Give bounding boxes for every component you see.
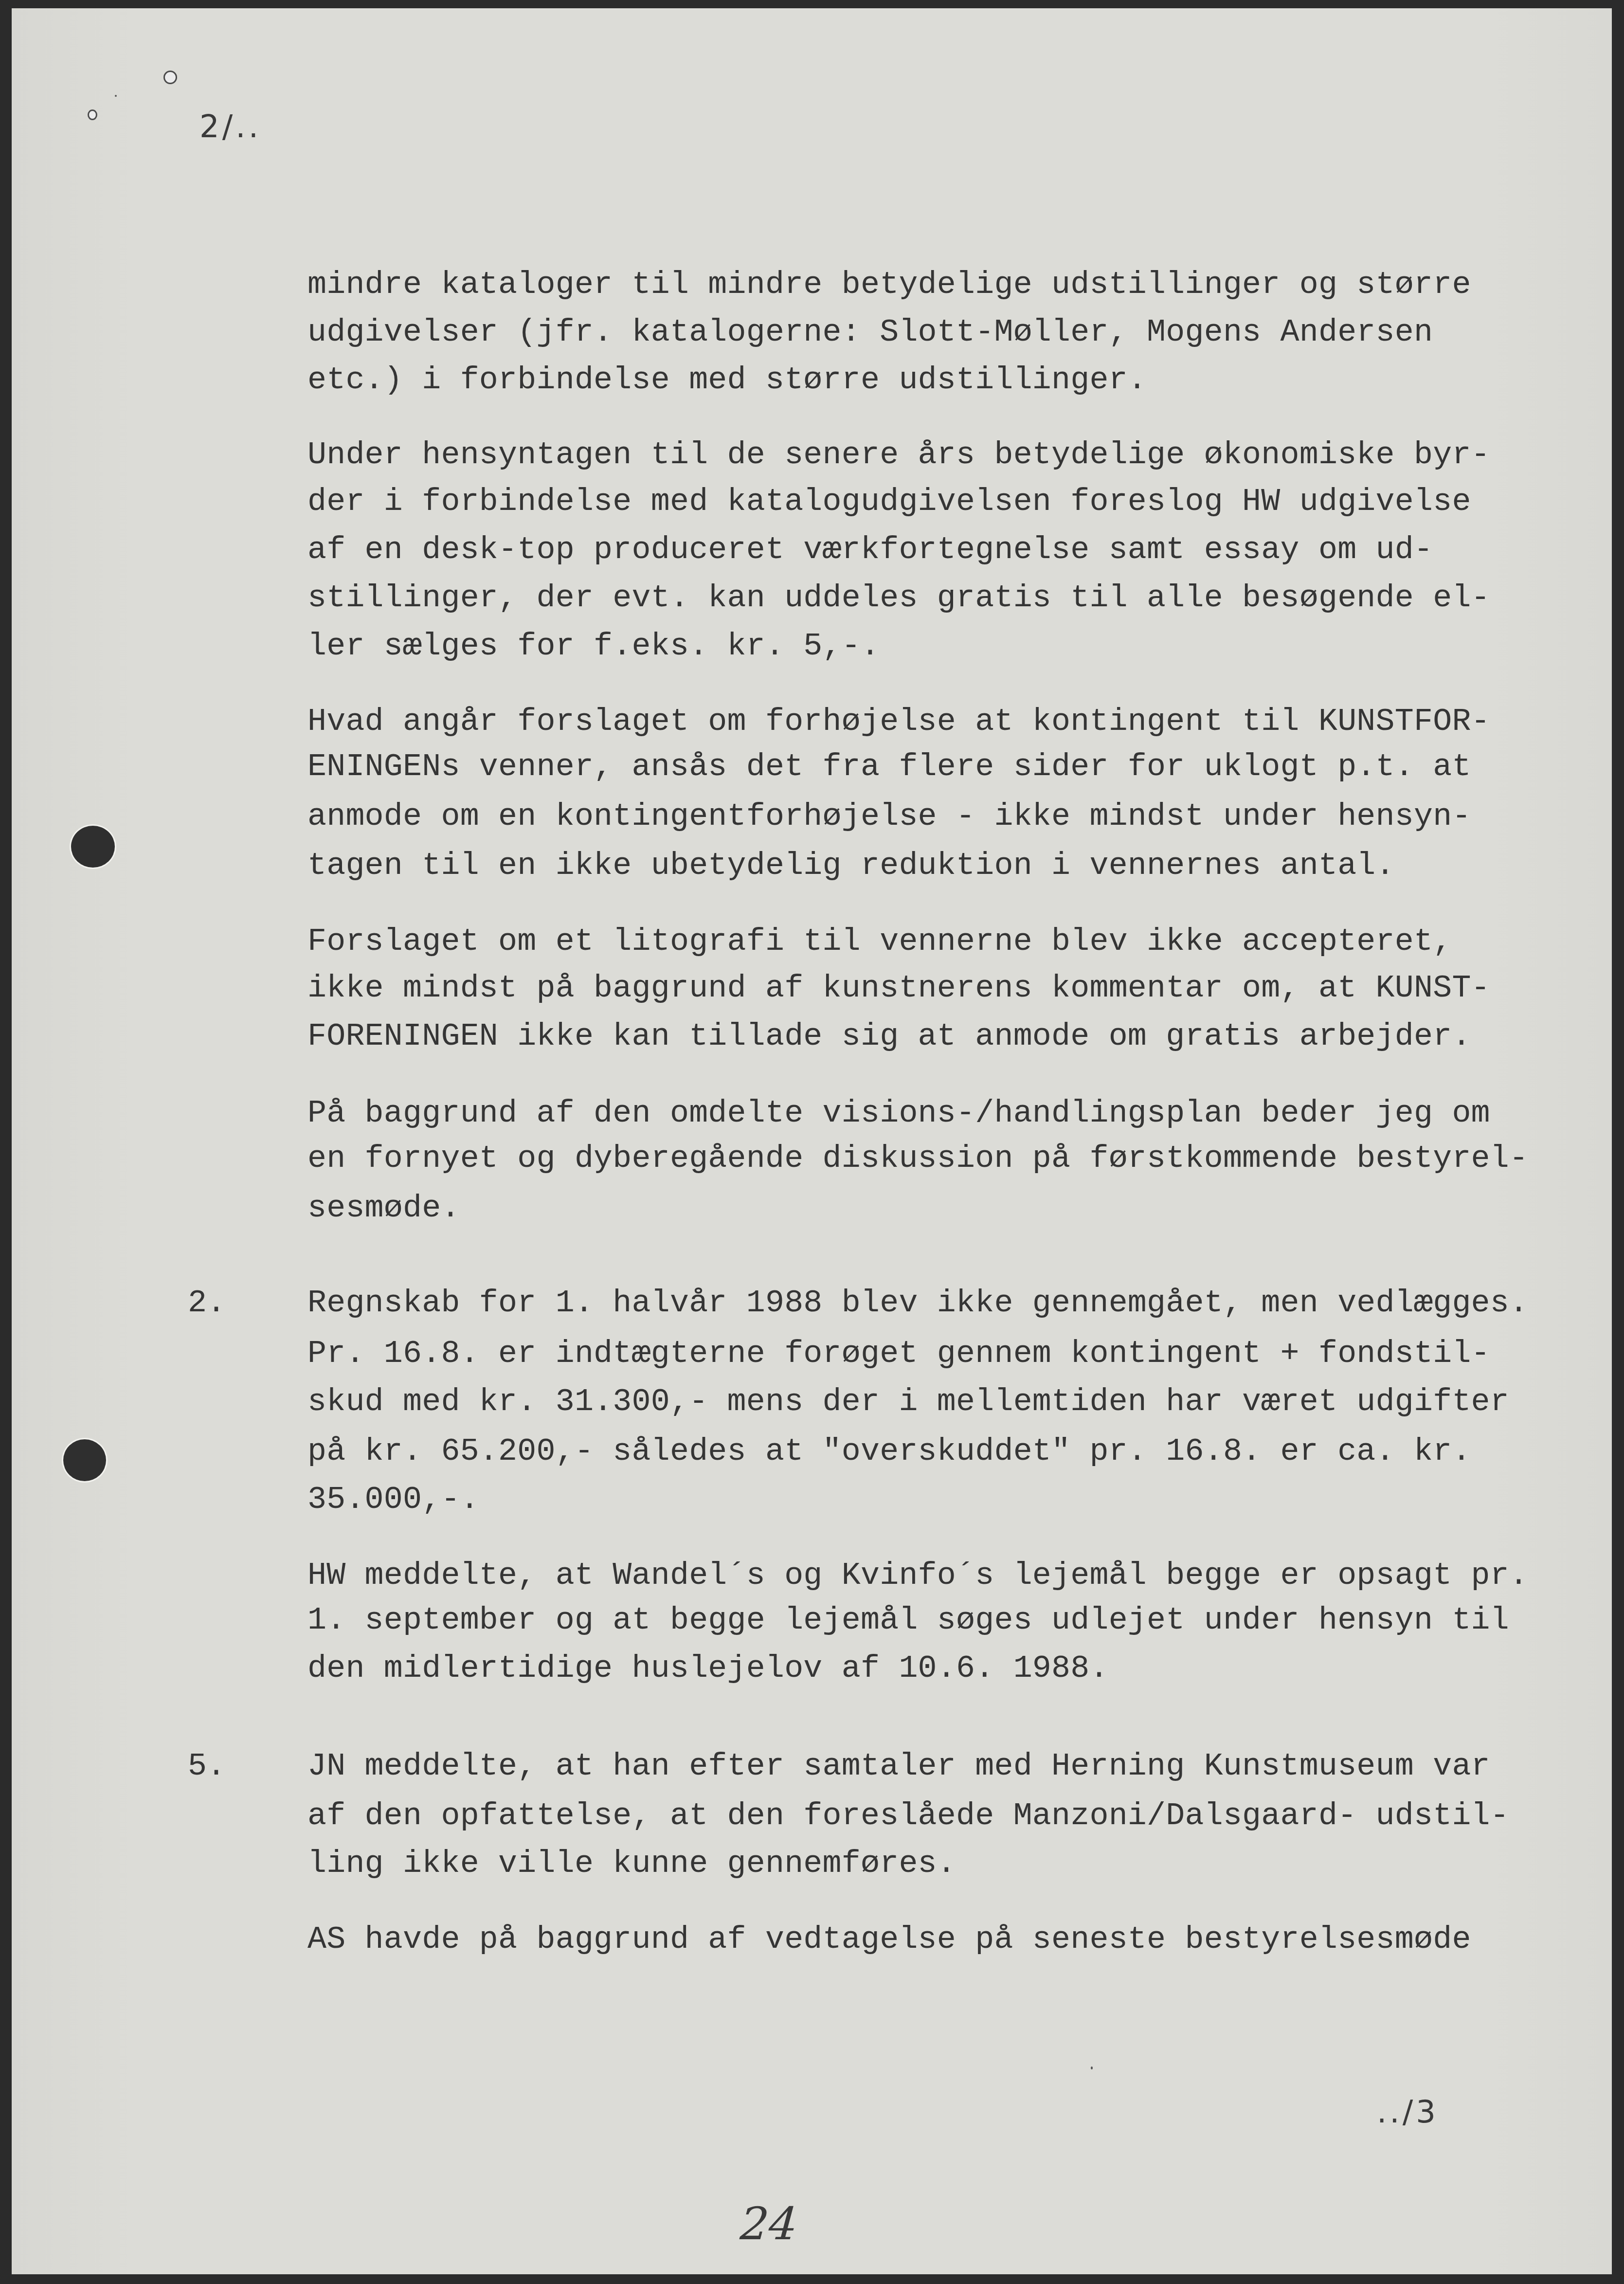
text-line: Regnskab for 1. halvår 1988 blev ikke ge…	[307, 1287, 1528, 1319]
text-line: FORENINGEN ikke kan tillade sig at anmod…	[307, 1021, 1471, 1052]
text-line: AS havde på baggrund af vedtagelse på se…	[307, 1924, 1471, 1956]
item-number: 2.	[188, 1287, 226, 1319]
text-line: mindre kataloger til mindre betydelige u…	[307, 269, 1471, 301]
continuation-mark: ../3	[1377, 2097, 1439, 2128]
text-line: 1. september og at begge lejemål søges u…	[307, 1605, 1509, 1636]
text-line: sesmøde.	[307, 1193, 460, 1224]
text-line: Under hensyntagen til de senere års bety…	[307, 439, 1490, 471]
text-line: Hvad angår forslaget om forhøjelse at ko…	[307, 706, 1490, 738]
speck-icon	[115, 95, 117, 97]
text-line: tagen til en ikke ubetydelig reduktion i…	[307, 850, 1395, 882]
text-line: Pr. 16.8. er indtægterne forøget gennem …	[307, 1338, 1490, 1370]
text-line: ler sælges for f.eks. kr. 5,-.	[307, 631, 880, 662]
text-line: På baggrund af den omdelte visions-/hand…	[307, 1098, 1490, 1129]
text-line: Forslaget om et litografi til vennerne b…	[307, 926, 1452, 958]
handwritten-page-number: 24	[739, 2202, 799, 2247]
item-number: 5.	[188, 1751, 226, 1782]
text-line: HW meddelte, at Wandel´s og Kvinfo´s lej…	[307, 1560, 1528, 1592]
text-line: ENINGENs venner, ansås det fra flere sid…	[307, 751, 1471, 783]
text-line: af en desk-top produceret værkfortegnels…	[307, 534, 1433, 566]
page-header-mark: 2/..	[199, 111, 261, 143]
punch-hole-icon	[71, 826, 115, 868]
staple-mark-icon	[88, 109, 97, 120]
staple-mark-icon	[163, 71, 177, 84]
punch-hole-icon	[63, 1439, 106, 1481]
text-line: ling ikke ville kunne gennemføres.	[307, 1848, 956, 1880]
text-line: stillinger, der evt. kan uddeles gratis …	[307, 582, 1490, 614]
text-line: på kr. 65.200,- således at "overskuddet"…	[307, 1436, 1471, 1468]
text-line: anmode om en kontingentforhøjelse - ikke…	[307, 801, 1471, 833]
speck-icon	[1091, 2066, 1093, 2069]
text-line: udgivelser (jfr. katalogerne: Slott-Møll…	[307, 317, 1433, 348]
text-line: 35.000,-.	[307, 1484, 479, 1516]
text-line: der i forbindelse med katalogudgivelsen …	[307, 486, 1471, 518]
text-line: skud med kr. 31.300,- mens der i mellemt…	[307, 1386, 1509, 1418]
text-line: etc.) i forbindelse med større udstillin…	[307, 364, 1147, 396]
text-line: JN meddelte, at han efter samtaler med H…	[307, 1751, 1490, 1782]
document-page: 2/.. mindre kataloger til mindre betydel…	[12, 8, 1612, 2274]
text-line: den midlertidige huslejelov af 10.6. 198…	[307, 1653, 1109, 1685]
text-line: ikke mindst på baggrund af kunstnerens k…	[307, 973, 1490, 1004]
text-line: en fornyet og dyberegående diskussion på…	[307, 1143, 1528, 1175]
text-line: af den opfattelse, at den foreslåede Man…	[307, 1800, 1509, 1832]
